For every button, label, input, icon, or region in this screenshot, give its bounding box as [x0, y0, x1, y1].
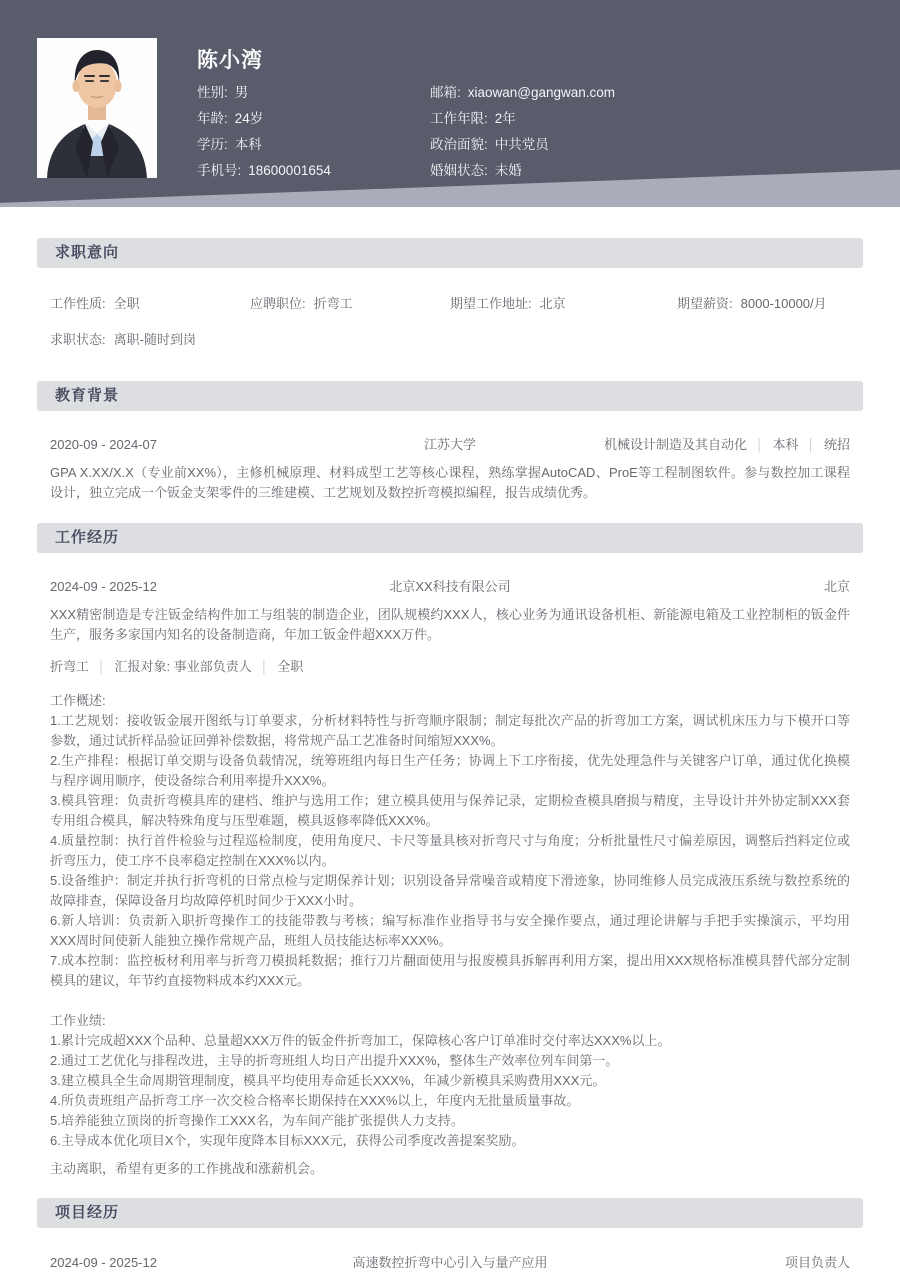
work-overview-item: 6.新人培训：负责新入职折弯操作工的技能带教与考核；编写标准作业指导书与安全操作… — [50, 911, 850, 951]
work-overview-item: 1.工艺规划：接收钣金展开图纸与订单要求，分析材料特性与折弯顺序限制；制定每批次… — [50, 711, 850, 751]
candidate-name: 陈小湾 — [197, 44, 263, 74]
job-intent-body: 工作性质:全职 应聘职位:折弯工 期望工作地址:北京 期望薪资:8000-100… — [37, 294, 863, 350]
work-achievement-item: 2.通过工艺优化与排程改进，主导的折弯班组人均日产出提升XXX%，整体生产效率位… — [50, 1051, 850, 1071]
info-experience-years: 工作年限:2年 — [430, 110, 615, 127]
work-overview-item: 3.模具管理：负责折弯模具库的建档、维护与选用工作；建立模具使用与保养记录，定期… — [50, 791, 850, 831]
work-body: 2024-09 - 2025-12 北京XX科技有限公司 北京 XXX精密制造是… — [37, 577, 863, 1179]
info-experience-years-label: 工作年限: — [430, 111, 488, 126]
resume-header: 陈小湾 性别:男 年龄:24岁 学历:本科 手机号:18600001654 邮箱… — [0, 0, 900, 207]
profile-photo-illustration — [37, 38, 157, 178]
work-position: 折弯工 — [50, 659, 89, 674]
info-gender-label: 性别: — [197, 85, 228, 100]
education-degree: 本科 — [772, 437, 798, 452]
field-target-location-label: 期望工作地址: — [450, 296, 532, 311]
field-job-nature-label: 工作性质: — [50, 296, 106, 311]
work-overview-block: 工作概述: 1.工艺规划：接收钣金展开图纸与订单要求，分析材料特性与折弯顺序限制… — [50, 691, 850, 991]
work-achievement-item: 6.主导成本优化项目X个，实现年度降本目标XXX元，获得公司季度改善提案奖励。 — [50, 1131, 850, 1151]
info-marital-status-label: 婚姻状态: — [430, 163, 488, 178]
section-education: 教育背景 2020-09 - 2024-07 江苏大学 机械设计制造及其自动化│… — [37, 381, 863, 503]
field-target-position: 应聘职位:折弯工 — [250, 294, 450, 314]
work-leave-reason: 主动离职，希望有更多的工作挑战和涨薪机会。 — [50, 1159, 850, 1179]
info-marital-status: 婚姻状态:未婚 — [430, 162, 615, 179]
info-age-value: 24岁 — [235, 111, 264, 126]
header-info-left: 性别:男 年龄:24岁 学历:本科 手机号:18600001654 — [197, 84, 331, 179]
work-achievement-item: 4.所负责班组产品折弯工序一次交检合格率长期保持在XXX%以上，年度内无批量质量… — [50, 1091, 850, 1111]
info-phone: 手机号:18600001654 — [197, 162, 331, 179]
info-political-status-label: 政治面貌: — [430, 137, 488, 152]
work-location: 北京 — [824, 577, 850, 597]
info-degree: 学历:本科 — [197, 136, 331, 153]
field-expected-salary-label: 期望薪资: — [677, 296, 733, 311]
education-description: GPA X.XX/X.X（专业前XX%），主修机械原理、材料成型工艺等核心课程，… — [50, 463, 850, 503]
info-degree-label: 学历: — [197, 137, 228, 152]
work-achievement-item: 5.培养能独立顶岗的折弯操作工XXX名，为车间产能扩张提供人力支持。 — [50, 1111, 850, 1131]
info-gender: 性别:男 — [197, 84, 331, 101]
work-section-title: 工作经历 — [37, 523, 863, 553]
field-job-status-value: 离职-随时到岗 — [114, 332, 196, 347]
separator: │ — [261, 660, 269, 674]
work-company-intro: XXX精密制造是专注钣金结构件加工与组装的制造企业，团队规模约XXX人，核心业务… — [50, 605, 850, 645]
project-section-title: 项目经历 — [37, 1198, 863, 1228]
field-target-location: 期望工作地址:北京 — [450, 294, 677, 314]
education-degree-group: 机械设计制造及其自动化│本科│统招 — [604, 435, 850, 455]
section-project-experience: 项目经历 2024-09 - 2025-12 高速数控折弯中心引入与量产应用 项… — [37, 1198, 863, 1273]
project-name: 高速数控折弯中心引入与量产应用 — [352, 1253, 547, 1273]
education-period: 2020-09 - 2024-07 — [50, 435, 157, 455]
project-body: 2024-09 - 2025-12 高速数控折弯中心引入与量产应用 项目负责人 — [37, 1253, 863, 1273]
info-email-label: 邮箱: — [430, 85, 461, 100]
work-overview-item: 7.成本控制：监控板材利用率与折弯刀模损耗数据；推行刀片翻面使用与报废模具拆解再… — [50, 951, 850, 991]
separator: │ — [807, 438, 815, 452]
info-gender-value: 男 — [235, 85, 249, 100]
project-role: 项目负责人 — [785, 1253, 850, 1273]
info-experience-years-value: 2年 — [495, 111, 516, 126]
field-target-position-label: 应聘职位: — [250, 296, 306, 311]
info-marital-status-value: 未婚 — [495, 163, 522, 178]
work-job-type: 全职 — [277, 659, 303, 674]
education-major: 机械设计制造及其自动化 — [604, 437, 747, 452]
work-period: 2024-09 - 2025-12 — [50, 577, 157, 597]
work-overview-item: 2.生产排程：根据订单交期与设备负载情况，统筹班组内每日生产任务；协调上下工序衔… — [50, 751, 850, 791]
education-body: 2020-09 - 2024-07 江苏大学 机械设计制造及其自动化│本科│统招… — [37, 435, 863, 503]
work-report-to: 汇报对象: 事业部负责人 — [115, 659, 252, 674]
field-expected-salary: 期望薪资:8000-10000/月 — [677, 294, 850, 314]
education-school: 江苏大学 — [424, 435, 476, 455]
field-job-nature-value: 全职 — [114, 296, 140, 311]
info-phone-value: 18600001654 — [248, 163, 331, 178]
work-position-line: 折弯工│汇报对象: 事业部负责人│全职 — [50, 657, 850, 677]
work-overview-item: 4.质量控制：执行首件检验与过程巡检制度，使用角度尺、卡尺等量具核对折弯尺寸与角… — [50, 831, 850, 871]
education-row: 2020-09 - 2024-07 江苏大学 机械设计制造及其自动化│本科│统招 — [50, 435, 850, 455]
separator: │ — [756, 438, 764, 452]
job-intent-row-1: 工作性质:全职 应聘职位:折弯工 期望工作地址:北京 期望薪资:8000-100… — [50, 294, 850, 314]
project-period: 2024-09 - 2025-12 — [50, 1253, 157, 1273]
work-company: 北京XX科技有限公司 — [389, 577, 510, 597]
work-overview-item: 5.设备维护：制定并执行折弯机的日常点检与定期保养计划；识别设备异常噪音或精度下… — [50, 871, 850, 911]
work-row: 2024-09 - 2025-12 北京XX科技有限公司 北京 — [50, 577, 850, 597]
info-age: 年龄:24岁 — [197, 110, 331, 127]
work-achievement-item: 3.建立模具全生命周期管理制度，模具平均使用寿命延长XXX%，年减少新模具采购费… — [50, 1071, 850, 1091]
separator: │ — [98, 660, 106, 674]
info-age-label: 年龄: — [197, 111, 228, 126]
info-degree-value: 本科 — [235, 137, 262, 152]
education-section-title: 教育背景 — [37, 381, 863, 411]
field-target-location-value: 北京 — [540, 296, 566, 311]
info-political-status: 政治面貌:中共党员 — [430, 136, 615, 153]
info-political-status-value: 中共党员 — [495, 137, 549, 152]
work-achievement-item: 1.累计完成超XXX个品种、总量超XXX万件的钣金件折弯加工，保障核心客户订单准… — [50, 1031, 850, 1051]
job-intent-section-title: 求职意向 — [37, 238, 863, 268]
section-job-intent: 求职意向 工作性质:全职 应聘职位:折弯工 期望工作地址:北京 期望薪资:800… — [37, 238, 863, 350]
field-expected-salary-value: 8000-10000/月 — [741, 296, 827, 311]
info-phone-label: 手机号: — [197, 163, 241, 178]
header-info-right: 邮箱:xiaowan@gangwan.com 工作年限:2年 政治面貌:中共党员… — [430, 84, 615, 179]
work-achievement-block: 工作业绩: 1.累计完成超XXX个品种、总量超XXX万件的钣金件折弯加工，保障核… — [50, 1011, 850, 1151]
field-target-position-value: 折弯工 — [314, 296, 353, 311]
education-enrollment: 统招 — [824, 437, 850, 452]
work-achievement-title: 工作业绩: — [50, 1011, 850, 1031]
profile-photo — [37, 38, 157, 178]
section-work-experience: 工作经历 2024-09 - 2025-12 北京XX科技有限公司 北京 XXX… — [37, 523, 863, 1179]
field-job-nature: 工作性质:全职 — [50, 294, 250, 314]
field-job-status: 求职状态:离职-随时到岗 — [50, 330, 850, 350]
field-job-status-label: 求职状态: — [50, 332, 106, 347]
project-row: 2024-09 - 2025-12 高速数控折弯中心引入与量产应用 项目负责人 — [50, 1253, 850, 1273]
info-email: 邮箱:xiaowan@gangwan.com — [430, 84, 615, 101]
work-overview-title: 工作概述: — [50, 691, 850, 711]
info-email-value: xiaowan@gangwan.com — [468, 85, 615, 100]
